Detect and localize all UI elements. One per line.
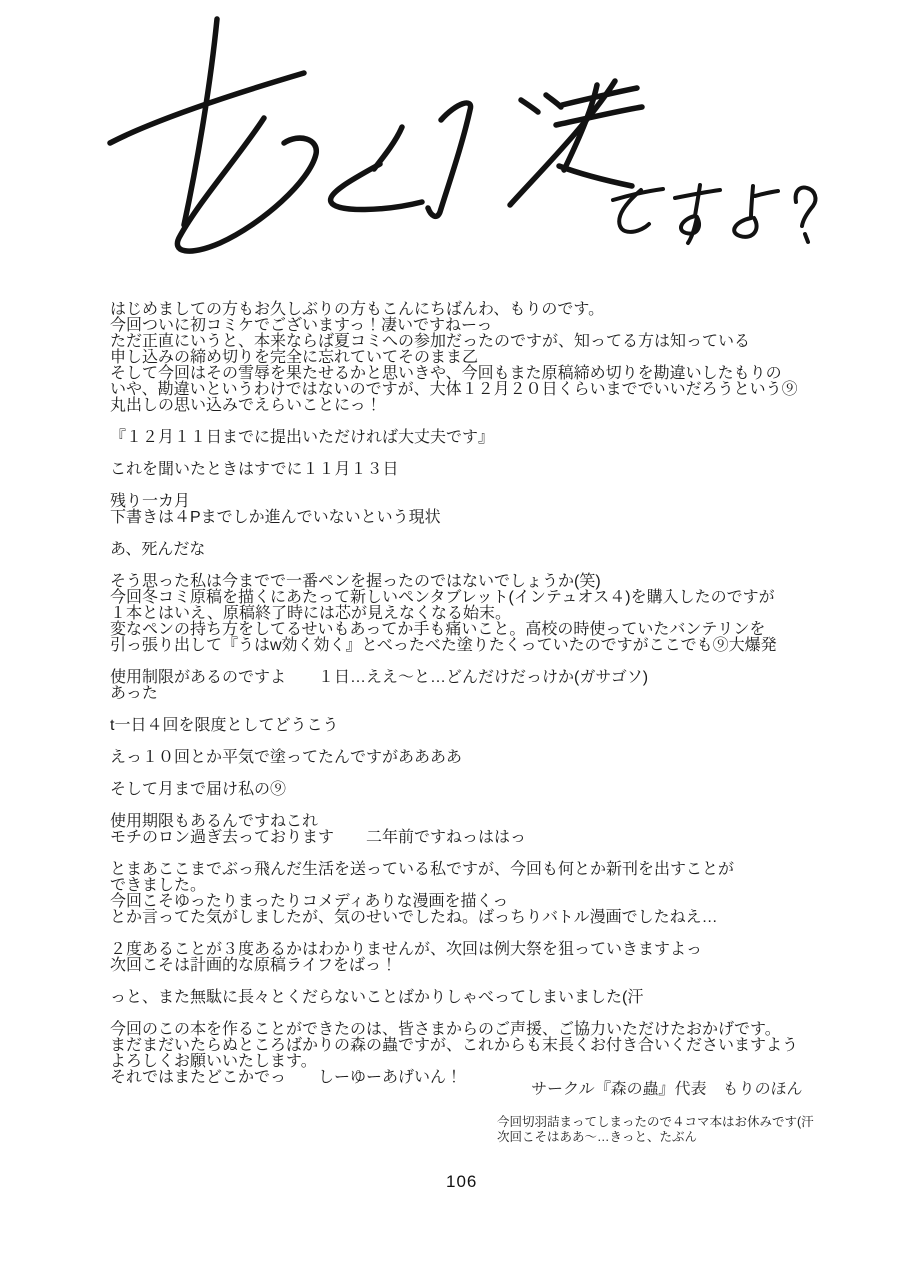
text-line: 丸出しの思い込みでえらいことにっ！	[110, 398, 870, 414]
handwritten-char-a	[110, 19, 316, 251]
paragraph: これを聞いたときはすでに１１月１３日	[110, 462, 870, 478]
text-line: できました。	[110, 878, 870, 894]
text-line: とまあここまでぶっ飛んだ生活を送っている私ですが、今回も何とか新刊を出すことが	[110, 862, 870, 878]
text-line: とか言ってた気がしましたが、気のせいでしたね。ばっちりバトル漫画でしたねえ…	[110, 910, 870, 926]
text-line: 『１２月１１日までに提出いただければ大丈夫です』	[110, 430, 870, 446]
paragraph: ２度あることが３度あるかはわかりませんが、次回は例大祭を狙っていきますよっ次回こ…	[110, 942, 870, 974]
handwritten-word-desuyo	[613, 185, 815, 243]
paragraph: そして月まで届け私の⑨	[110, 782, 870, 798]
paragraph: そう思った私は今までで一番ペンを握ったのではないでしょうか(笑)今回冬コミ原稿を…	[110, 574, 870, 654]
text-line: よろしくお願いいたします。	[110, 1054, 870, 1070]
text-line: あ、死んだな	[110, 542, 870, 558]
paragraph: 『１２月１１日までに提出いただければ大丈夫です』	[110, 430, 870, 446]
paragraph: っと、また無駄に長々とくだらないことばかりしゃべってしまいました(汗	[110, 990, 870, 1006]
signature-line: サークル『森の蟲』代表 もりのほん	[530, 1081, 803, 1098]
text-line: 引っ張り出して『うはw効く効く』とべったべた塗りたくっていたのですがここでも⑨大…	[110, 638, 870, 654]
text-line: 下書きは４Pまでしか進んでいないという現状	[110, 510, 870, 526]
text-line: いや、勘違いというわけではないのですが、大体１２月２０日くらいまででいいだろうと…	[110, 382, 870, 398]
text-line: ただ正直にいうと、本来ならば夏コミへの参加だったのですが、知ってる方は知っている	[110, 334, 870, 350]
handwritten-char-to	[331, 127, 422, 210]
text-line: ２度あることが３度あるかはわかりませんが、次回は例大祭を狙っていきますよっ	[110, 942, 870, 958]
text-line: 今回のこの本を作ることができたのは、皆さまからのご声援、ご協力いただけたおかげで…	[110, 1022, 870, 1038]
paragraph: とまあここまでぶっ飛んだ生活を送っている私ですが、今回も何とか新刊を出すことがで…	[110, 862, 870, 926]
text-line: 次回こそは計画的な原稿ライフをばっ！	[110, 958, 870, 974]
text-line: 今回こそゆったりまったりコメディありな漫画を描くっ	[110, 894, 870, 910]
text-line: あった	[110, 686, 870, 702]
paragraph: 残り一カ月下書きは４Pまでしか進んでいないという現状	[110, 494, 870, 526]
text-line: まだまだいたらぬところばかりの森の蟲ですが、これからも末長くお付き合いくださいま…	[110, 1038, 870, 1054]
text-line: これを聞いたときはすでに１１月１３日	[110, 462, 870, 478]
paragraph: 使用期限もあるんですねこれモチのロン過ぎ去っております 二年前ですねっははっ	[110, 814, 870, 846]
text-line: はじめましての方もお久しぶりの方もこんにちばんわ、もりのです。	[110, 302, 870, 318]
text-line: １本とはいえ、原稿終了時には芯が見えなくなる始末。	[110, 606, 870, 622]
paragraph: あ、死んだな	[110, 542, 870, 558]
text-line: っと、また無駄に長々とくだらないことばかりしゃべってしまいました(汗	[110, 990, 870, 1006]
afterword-page: あとがき ですよ？ はじめましての方もお久しぶりの方もこんにちばんわ、もりのです…	[0, 0, 900, 1278]
paragraph: えっ１０回とか平気で塗ってたんですがああああ	[110, 750, 870, 766]
text-line: 今回ついに初コミケでございますっ！凄いですねーっ	[110, 318, 870, 334]
body-text: はじめましての方もお久しぶりの方もこんにちばんわ、もりのです。今回ついに初コミケ…	[110, 302, 870, 1086]
text-line: そして今回はその雪辱を果たせるかと思いきや、今回もまた原稿締め切りを勘違いしたも…	[110, 366, 870, 382]
text-line: 今回冬コミ原稿を描くにあたって新しいペンタブレット(インテュオス４)を購入したの…	[110, 590, 870, 606]
paragraph: t一日４回を限度としてどうこう	[110, 718, 870, 734]
paragraph: 使用制限があるのですよ １日…ええ～と…どんだけだっけか(ガサゴソ)あった	[110, 670, 870, 702]
text-line: そう思った私は今までで一番ペンを握ったのではないでしょうか(笑)	[110, 574, 870, 590]
text-line: えっ１０回とか平気で塗ってたんですがああああ	[110, 750, 870, 766]
paragraph: はじめましての方もお久しぶりの方もこんにちばんわ、もりのです。今回ついに初コミケ…	[110, 302, 870, 414]
text-line: そして月まで届け私の⑨	[110, 782, 870, 798]
paragraph: 今回のこの本を作ることができたのは、皆さまからのご声援、ご協力いただけたおかげで…	[110, 1022, 870, 1086]
text-line: 申し込みの締め切りを完全に忘れていてそのまま乙	[110, 350, 870, 366]
text-line: 変なペンの持ち方をしてるせいもあってか手も痛いこと。高校の時使っていたバンテリン…	[110, 622, 870, 638]
text-line: 使用期限もあるんですねこれ	[110, 814, 870, 830]
text-line: モチのロン過ぎ去っております 二年前ですねっははっ	[110, 830, 870, 846]
footnote: 今回切羽詰まってしまったので４コマ本はお休みです(汗次回こそはああ～…きっと、た…	[497, 1115, 814, 1144]
page-number: 106	[446, 1172, 477, 1192]
text-line: 残り一カ月	[110, 494, 870, 510]
text-line: t一日４回を限度としてどうこう	[110, 718, 870, 734]
footnote-line: 今回切羽詰まってしまったので４コマ本はお休みです(汗	[497, 1115, 814, 1130]
text-line: 使用制限があるのですよ １日…ええ～と…どんだけだっけか(ガサゴソ)	[110, 670, 870, 686]
afterword-title-handwriting	[0, 0, 900, 270]
footnote-line: 次回こそはああ～…きっと、たぶん	[497, 1130, 814, 1145]
